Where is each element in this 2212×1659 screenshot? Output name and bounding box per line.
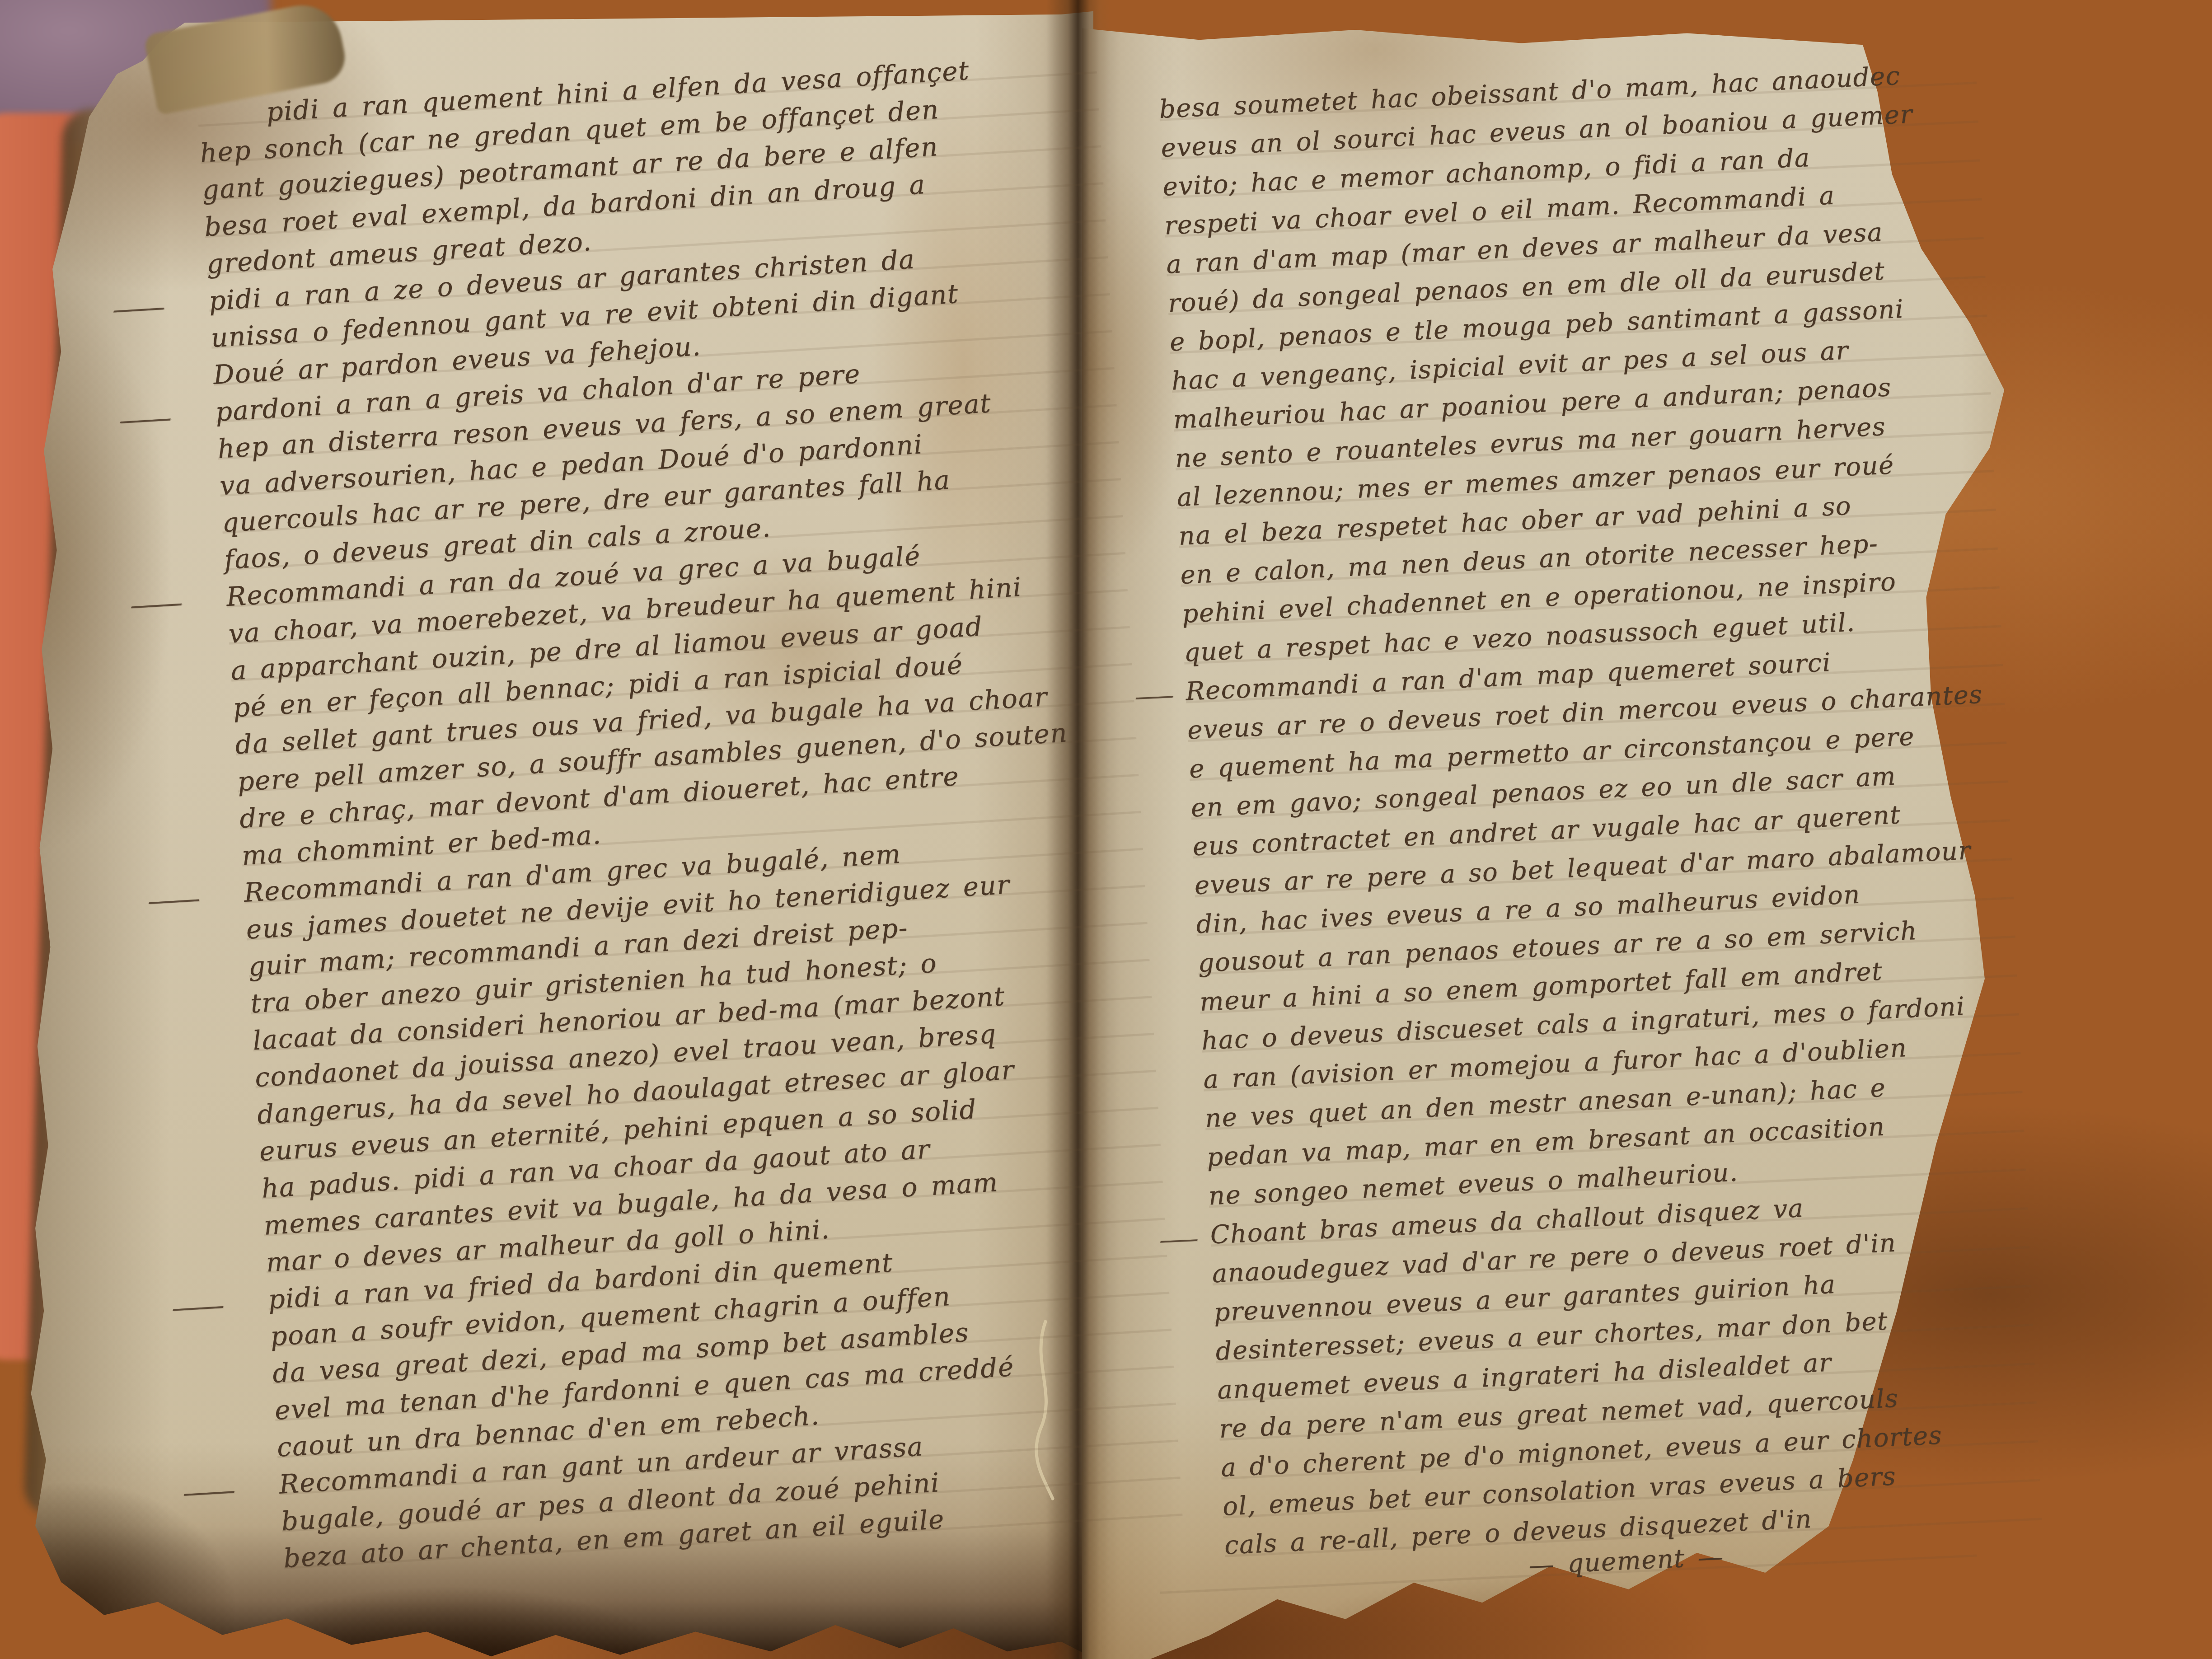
left-page-text: pidi a ran quement hini a elfen da vesa … [197, 44, 1183, 1577]
paragraph-margin-dash: — [169, 1286, 226, 1326]
paragraph-margin-dash: — [128, 584, 185, 624]
paragraph-margin-dash: — [180, 1471, 237, 1511]
manuscript-paragraph: besa soumetet hac obeissant d'o mam, hac… [1158, 53, 2002, 673]
paragraph-margin-dash: — [145, 880, 202, 920]
manuscript-paragraph: —Choant bras ameus da challout disquez v… [1209, 1179, 2042, 1565]
paragraph-margin-dash: — [1133, 676, 1175, 717]
photo-of-open-manuscript: pidi a ran quement hini a elfen da vesa … [0, 0, 2212, 1659]
right-page-text: besa soumetet hac obeissant d'o mam, hac… [1158, 53, 2042, 1565]
manuscript-paragraph: —Recommandi a ran d'am map quemeret sour… [1185, 636, 2026, 1216]
manuscript-paragraph: —Recommandi a ran d'am grec va bugalé, n… [243, 821, 1166, 1281]
manuscript-paragraph: —Recommandi a ran da zoué va grec a va b… [225, 525, 1141, 874]
paragraph-margin-dash: — [1158, 1219, 1200, 1260]
paragraph-margin-dash: — [110, 288, 167, 328]
paragraph-margin-dash: — [117, 399, 173, 439]
